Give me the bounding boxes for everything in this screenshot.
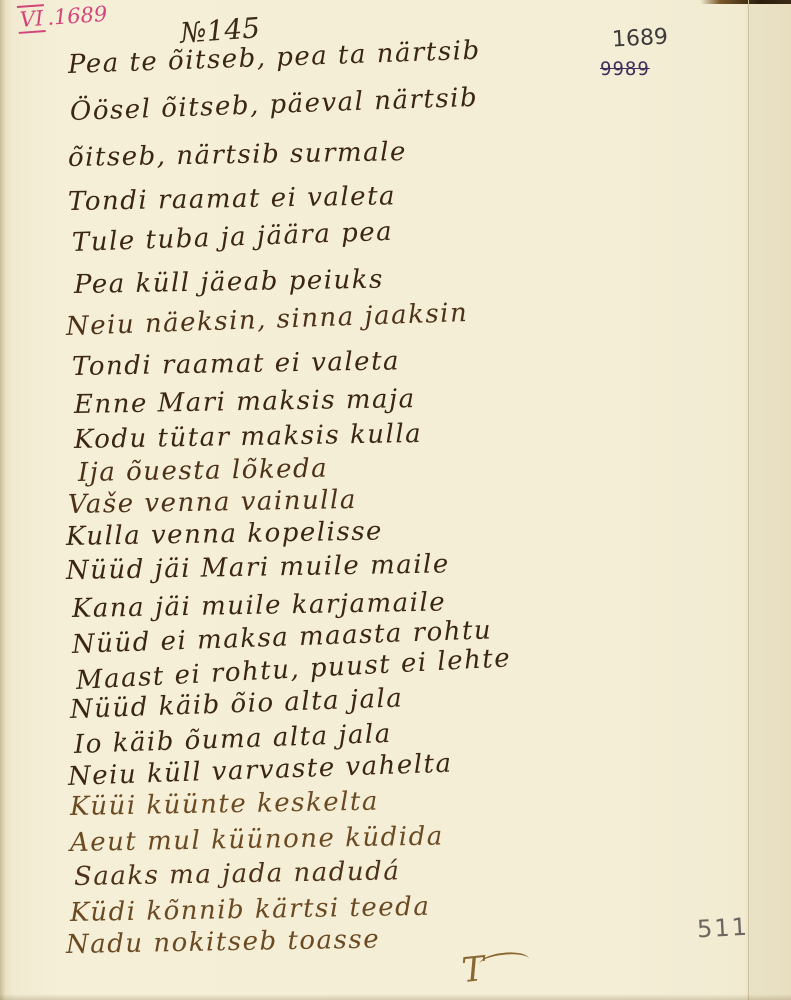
song-line: Küdi kõnnib kärtsi teeda [70, 892, 431, 928]
page-number: 511 [696, 913, 749, 944]
song-line: Tondi raamat ei valeta [68, 181, 397, 217]
song-line: Kulla venna kopelisse [66, 516, 383, 552]
bottom-page-edge [0, 994, 791, 1000]
song-line: Vaše venna vainulla [68, 485, 357, 520]
song-line: Pea küll jäeab peiuks [74, 265, 384, 300]
song-line: Küüi küünte keskelta [70, 787, 379, 822]
song-line: Pea te õitseb, pea ta närtsib [67, 36, 481, 80]
song-line: Nadu nokitseb toasse [66, 925, 381, 960]
signature-mark: T [460, 949, 487, 991]
song-line: Enne Mari maksis maja [74, 384, 416, 420]
song-text: Pea te õitseb, pea ta närtsib Öösel õits… [0, 0, 791, 1000]
song-line: Öösel õitseb, päeval närtsib [69, 83, 478, 127]
song-line: Nüüd jäi Mari muile maile [66, 549, 450, 586]
song-line: Tondi raamat ei valeta [72, 346, 401, 382]
song-line: Neiu näeksin, sinna jaaksin [65, 298, 468, 342]
song-line: Aeut mul küünone küdida [70, 821, 444, 858]
song-line: Kodu tütar maksis kulla [74, 419, 423, 455]
song-line: Saaks ma jada nadudá [74, 856, 401, 892]
song-line: õitseb, närtsib surmale [68, 137, 407, 173]
song-line: Ija õuesta lõkeda [78, 454, 329, 488]
manuscript-page: VI.1689 №145 1689 9989 Pea te õitseb, pe… [0, 0, 791, 1000]
song-line: Tule tuba ja jäära pea [71, 217, 393, 258]
